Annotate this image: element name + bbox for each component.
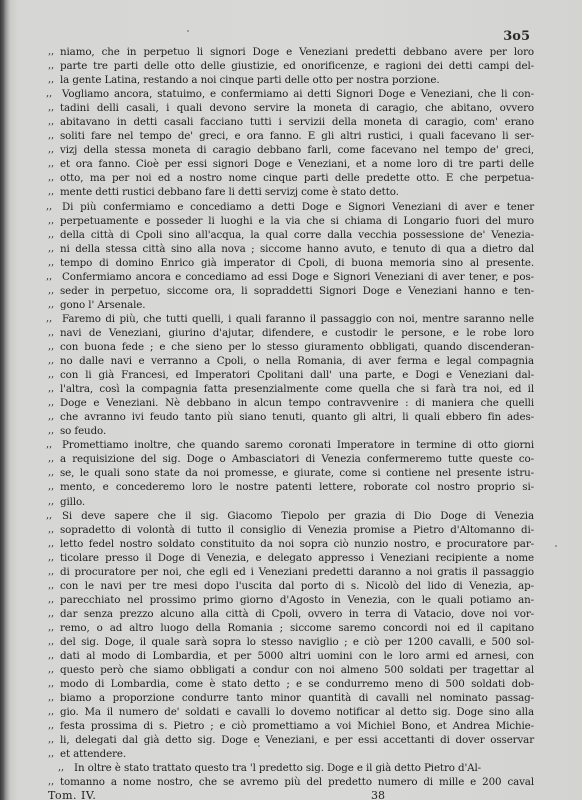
quotation-mark: ,, <box>48 495 54 509</box>
quotation-mark: ,, <box>58 761 64 775</box>
text-line: ,,Faremo di più, che tutti quelli, i qua… <box>48 312 534 326</box>
text-line: ,,soliti fare nel tempo de' greci, e ora… <box>48 129 534 143</box>
line-text: so feudo. <box>60 425 106 437</box>
text-line: ,,vizj della stessa moneta di caragio de… <box>48 143 534 157</box>
text-line: ,,li, delegati dal già detto sig. Doge e… <box>48 733 534 747</box>
text-line: ,,abitavano in detti casali facciano tut… <box>48 115 534 129</box>
line-text: remo, o ad altro luogo della Romania ; s… <box>60 622 534 634</box>
text-line: ,,tadini delli casali, i quali devono se… <box>48 101 534 115</box>
quotation-mark: ,, <box>48 649 54 663</box>
line-text: In oltre è stato trattato questo tra 'l … <box>74 762 481 774</box>
quotation-mark: ,, <box>48 635 54 649</box>
line-text: gillo. <box>60 496 85 508</box>
quotation-mark: ,, <box>46 87 52 101</box>
quotation-mark: ,, <box>48 185 54 199</box>
quotation-mark: ,, <box>48 537 54 551</box>
quotation-mark: ,, <box>46 312 52 326</box>
line-text: niamo, che in perpetuo li signori Doge e… <box>60 46 534 58</box>
line-text: parecchiato nel prossimo primo giorno d'… <box>60 594 534 606</box>
line-text: Promettiamo inoltre, che quando saremo c… <box>62 439 534 451</box>
line-text: tempo di domino Enrico già imperator di … <box>60 257 534 269</box>
line-text: gio. Ma il numero de' soldati e cavalli … <box>60 706 534 718</box>
quotation-mark: ,, <box>46 270 52 284</box>
line-text: festa prossima di s. Pietro ; e ciò prom… <box>60 720 534 732</box>
line-text: sopradetto di volontà di tutto il consig… <box>60 524 534 536</box>
text-line: ,,et attendere. <box>48 747 534 761</box>
text-line: ,,con li già Francesi, ed Imperatori Cpo… <box>48 368 534 382</box>
paper-speck <box>555 545 557 547</box>
text-line: ,,modo di Lombardia, come è stato detto … <box>48 677 534 691</box>
book-page: 3o5 ,,niamo, che in perpetuo li signori … <box>48 30 534 800</box>
text-line: ,,con le navi per tre mesi dopo l'uscita… <box>48 579 534 593</box>
quotation-mark: ,, <box>48 677 54 691</box>
text-line: ,,sopradetto di volontà di tutto il cons… <box>48 523 534 537</box>
quotation-mark: ,, <box>46 509 52 523</box>
quotation-mark: ,, <box>48 621 54 635</box>
quotation-mark: ,, <box>48 663 54 677</box>
line-text: perpetuamente e posseder li luoghi e la … <box>60 215 534 227</box>
text-line: ,,gillo. <box>48 495 534 509</box>
line-text: che avranno ivi feudo tanto più siano te… <box>60 411 534 423</box>
paper-speck <box>430 765 432 767</box>
text-line: ,,In oltre è stato trattato questo tra '… <box>48 761 534 775</box>
line-text: dar senza prezzo alcuno alla città di Cp… <box>60 608 534 620</box>
page-number: 3o5 <box>48 30 534 44</box>
text-line: ,,gono l' Arsenale. <box>48 298 534 312</box>
text-line: ,,tempo di domino Enrico già imperator d… <box>48 256 534 270</box>
text-line: ,,se, le quali sono state da noi promess… <box>48 466 534 480</box>
line-text: ni della stessa città sino alla nova ; s… <box>60 243 534 255</box>
line-text: gono l' Arsenale. <box>60 299 145 311</box>
text-line: ,,Promettiamo inoltre, che quando saremo… <box>48 438 534 452</box>
paper-speck <box>258 745 260 747</box>
text-line: ,,parecchiato nel prossimo primo giorno … <box>48 593 534 607</box>
text-line: ,,della città di Cpoli sino all'acqua, l… <box>48 228 534 242</box>
text-line: ,,remo, o ad altro luogo della Romania ;… <box>48 621 534 635</box>
signature-mark: 38 <box>328 789 428 800</box>
quotation-mark: ,, <box>48 101 54 115</box>
text-line: ,,ticolare presso il Doge di Venezia, e … <box>48 551 534 565</box>
quotation-mark: ,, <box>48 326 54 340</box>
line-text: Di più confermiamo e concediamo a detti … <box>62 201 534 213</box>
quotation-mark: ,, <box>48 747 54 761</box>
text-line: ,,dati al modo di Lombardia, et per 5000… <box>48 649 534 663</box>
quotation-mark: ,, <box>48 354 54 368</box>
line-text: mente detti rustici debbano fare li dett… <box>60 186 399 198</box>
quotation-mark: ,, <box>48 157 54 171</box>
text-line: ,,ni della stessa città sino alla nova ;… <box>48 242 534 256</box>
quotation-mark: ,, <box>48 340 54 354</box>
line-text: tomanno a nome nostro, che se avremo più… <box>60 776 534 788</box>
page-footer: Tom. IV. 38 <box>48 789 534 800</box>
line-text: Faremo di più, che tutti quelli, i quali… <box>62 313 534 325</box>
quotation-mark: ,, <box>48 410 54 424</box>
line-text: Confermiamo ancora e concediamo ad essi … <box>62 271 534 283</box>
line-text: Si deve sapere che il sig. Giacomo Tiepo… <box>62 510 534 522</box>
line-text: abitavano in detti casali facciano tutti… <box>60 116 534 128</box>
line-text: et ora fanno. Cioè per essi signori Doge… <box>60 158 534 170</box>
quotation-mark: ,, <box>48 143 54 157</box>
text-line: ,,et ora fanno. Cioè per essi signori Do… <box>48 157 534 171</box>
quotation-mark: ,, <box>48 705 54 719</box>
line-text: no dalle navi e verranno a Cpoli, o nell… <box>60 355 534 367</box>
quotation-mark: ,, <box>48 73 54 87</box>
text-line: ,,mento, e concederemo loro le nostre pa… <box>48 480 534 494</box>
text-line: ,,otto, ma per noi ed a nostro nome cinq… <box>48 171 534 185</box>
quotation-mark: ,, <box>48 551 54 565</box>
quotation-mark: ,, <box>48 523 54 537</box>
text-line: ,,questo però che siamo obbligati a cond… <box>48 663 534 677</box>
line-text: navi de Veneziani, giurino d'ajutar, dif… <box>60 327 534 339</box>
text-line: ,,gio. Ma il numero de' soldati e cavall… <box>48 705 534 719</box>
quotation-mark: ,, <box>48 775 54 789</box>
text-line: ,,seder in perpetuo, siccome ora, li sop… <box>48 284 534 298</box>
quotation-mark: ,, <box>48 298 54 312</box>
line-text: dati al modo di Lombardia, et per 5000 a… <box>60 650 534 662</box>
quotation-mark: ,, <box>48 691 54 705</box>
quotation-mark: ,, <box>48 466 54 480</box>
paper-speck <box>187 30 189 32</box>
quotation-mark: ,, <box>48 171 54 185</box>
text-line: ,,navi de Veneziani, giurino d'ajutar, d… <box>48 326 534 340</box>
text-line: ,,di procuratore per noi, che egli ed i … <box>48 565 534 579</box>
text-line: ,,Di più confermiamo e concediamo a dett… <box>48 200 534 214</box>
quotation-mark: ,, <box>48 368 54 382</box>
quotation-mark: ,, <box>46 200 52 214</box>
line-text: modo di Lombardia, come è stato detto ; … <box>60 678 534 690</box>
text-line: ,,del sig. Doge, il quale sarà sopra lo … <box>48 635 534 649</box>
text-line: ,,festa prossima di s. Pietro ; e ciò pr… <box>48 719 534 733</box>
quotation-mark: ,, <box>48 396 54 410</box>
line-text: l'altra, così la compagnia fatta presenz… <box>60 383 534 395</box>
line-text: Doge e Veneziani. Nè debbano in alcun te… <box>60 397 534 409</box>
text-line: ,,dar senza prezzo alcuno alla città di … <box>48 607 534 621</box>
quotation-mark: ,, <box>48 228 54 242</box>
line-text: Vogliamo ancora, statuimo, e confermiamo… <box>62 88 534 100</box>
line-text: mento, e concederemo loro le nostre pate… <box>60 481 534 493</box>
text-line: ,,che avranno ivi feudo tanto più siano … <box>48 410 534 424</box>
quotation-mark: ,, <box>46 438 52 452</box>
line-text: soliti fare nel tempo de' greci, e ora f… <box>60 130 534 142</box>
text-line: ,,Si deve sapere che il sig. Giacomo Tie… <box>48 509 534 523</box>
quotation-mark: ,, <box>48 284 54 298</box>
line-text: con li già Francesi, ed Imperatori Cpoli… <box>60 369 534 381</box>
quotation-mark: ,, <box>48 256 54 270</box>
quotation-mark: ,, <box>48 480 54 494</box>
quotation-mark: ,, <box>48 129 54 143</box>
text-line: ,,niamo, che in perpetuo li signori Doge… <box>48 45 534 59</box>
line-text: et attendere. <box>60 748 126 760</box>
quotation-mark: ,, <box>48 452 54 466</box>
quotation-mark: ,, <box>48 733 54 747</box>
line-text: ticolare presso il Doge di Venezia, e de… <box>60 552 534 564</box>
text-line: ,,biamo a proporzione condurre tanto min… <box>48 691 534 705</box>
text-line: ,,so feudo. <box>48 424 534 438</box>
line-text: letto fedel nostro soldato constituito d… <box>60 538 534 550</box>
line-text: se, le quali sono state da noi promesse,… <box>60 467 534 479</box>
line-text: della città di Cpoli sino all'acqua, la … <box>60 229 534 241</box>
text-line: ,,tomanno a nome nostro, che se avremo p… <box>48 775 534 789</box>
line-text: tadini delli casali, i quali devono serv… <box>60 102 534 114</box>
line-text: parte tre parti delle otto delle giustiz… <box>60 60 534 72</box>
text-line: ,,mente detti rustici debbano fare li de… <box>48 185 534 199</box>
quotation-mark: ,, <box>48 719 54 733</box>
text-line: ,,con buona fede ; e che sieno per lo st… <box>48 340 534 354</box>
text-line: ,,a requisizione del sig. Doge o Ambasci… <box>48 452 534 466</box>
page-body-text: ,,niamo, che in perpetuo li signori Doge… <box>48 45 534 789</box>
quotation-mark: ,, <box>48 214 54 228</box>
quotation-mark: ,, <box>48 115 54 129</box>
line-text: seder in perpetuo, siccome ora, li sopra… <box>60 285 534 297</box>
quotation-mark: ,, <box>48 593 54 607</box>
text-line: ,,perpetuamente e posseder li luoghi e l… <box>48 214 534 228</box>
line-text: vizj della stessa moneta di caragio debb… <box>60 144 534 156</box>
text-line: ,,Vogliamo ancora, statuimo, e confermia… <box>48 87 534 101</box>
line-text: otto, ma per noi ed a nostro nome cinque… <box>60 172 534 184</box>
text-line: ,,no dalle navi e verranno a Cpoli, o ne… <box>48 354 534 368</box>
line-text: di procuratore per noi, che egli ed i Ve… <box>60 566 534 578</box>
line-text: del sig. Doge, il quale sarà sopra lo st… <box>60 636 534 648</box>
quotation-mark: ,, <box>48 242 54 256</box>
text-line: ,,letto fedel nostro soldato constituito… <box>48 537 534 551</box>
line-text: la gente Latina, restando a noi cinque p… <box>60 74 440 86</box>
volume-label: Tom. IV. <box>48 789 328 800</box>
line-text: li, delegati dal già detto sig. Doge e V… <box>60 734 534 746</box>
text-line: ,,l'altra, così la compagnia fatta prese… <box>48 382 534 396</box>
quotation-mark: ,, <box>48 424 54 438</box>
text-line: ,,parte tre parti delle otto delle giust… <box>48 59 534 73</box>
line-text: a requisizione del sig. Doge o Ambasciat… <box>60 453 534 465</box>
text-line: ,,Doge e Veneziani. Nè debbano in alcun … <box>48 396 534 410</box>
text-line: ,,Confermiamo ancora e concediamo ad ess… <box>48 270 534 284</box>
line-text: con le navi per tre mesi dopo l'uscita d… <box>60 580 534 592</box>
quotation-mark: ,, <box>48 607 54 621</box>
quotation-mark: ,, <box>48 565 54 579</box>
line-text: biamo a proporzione condurre tanto minor… <box>60 692 534 704</box>
line-text: questo però che siamo obbligati a condur… <box>60 664 534 676</box>
quotation-mark: ,, <box>48 382 54 396</box>
quotation-mark: ,, <box>48 45 54 59</box>
quotation-mark: ,, <box>48 59 54 73</box>
line-text: con buona fede ; e che sieno per lo stes… <box>60 341 534 353</box>
quotation-mark: ,, <box>48 579 54 593</box>
text-line: ,,la gente Latina, restando a noi cinque… <box>48 73 534 87</box>
